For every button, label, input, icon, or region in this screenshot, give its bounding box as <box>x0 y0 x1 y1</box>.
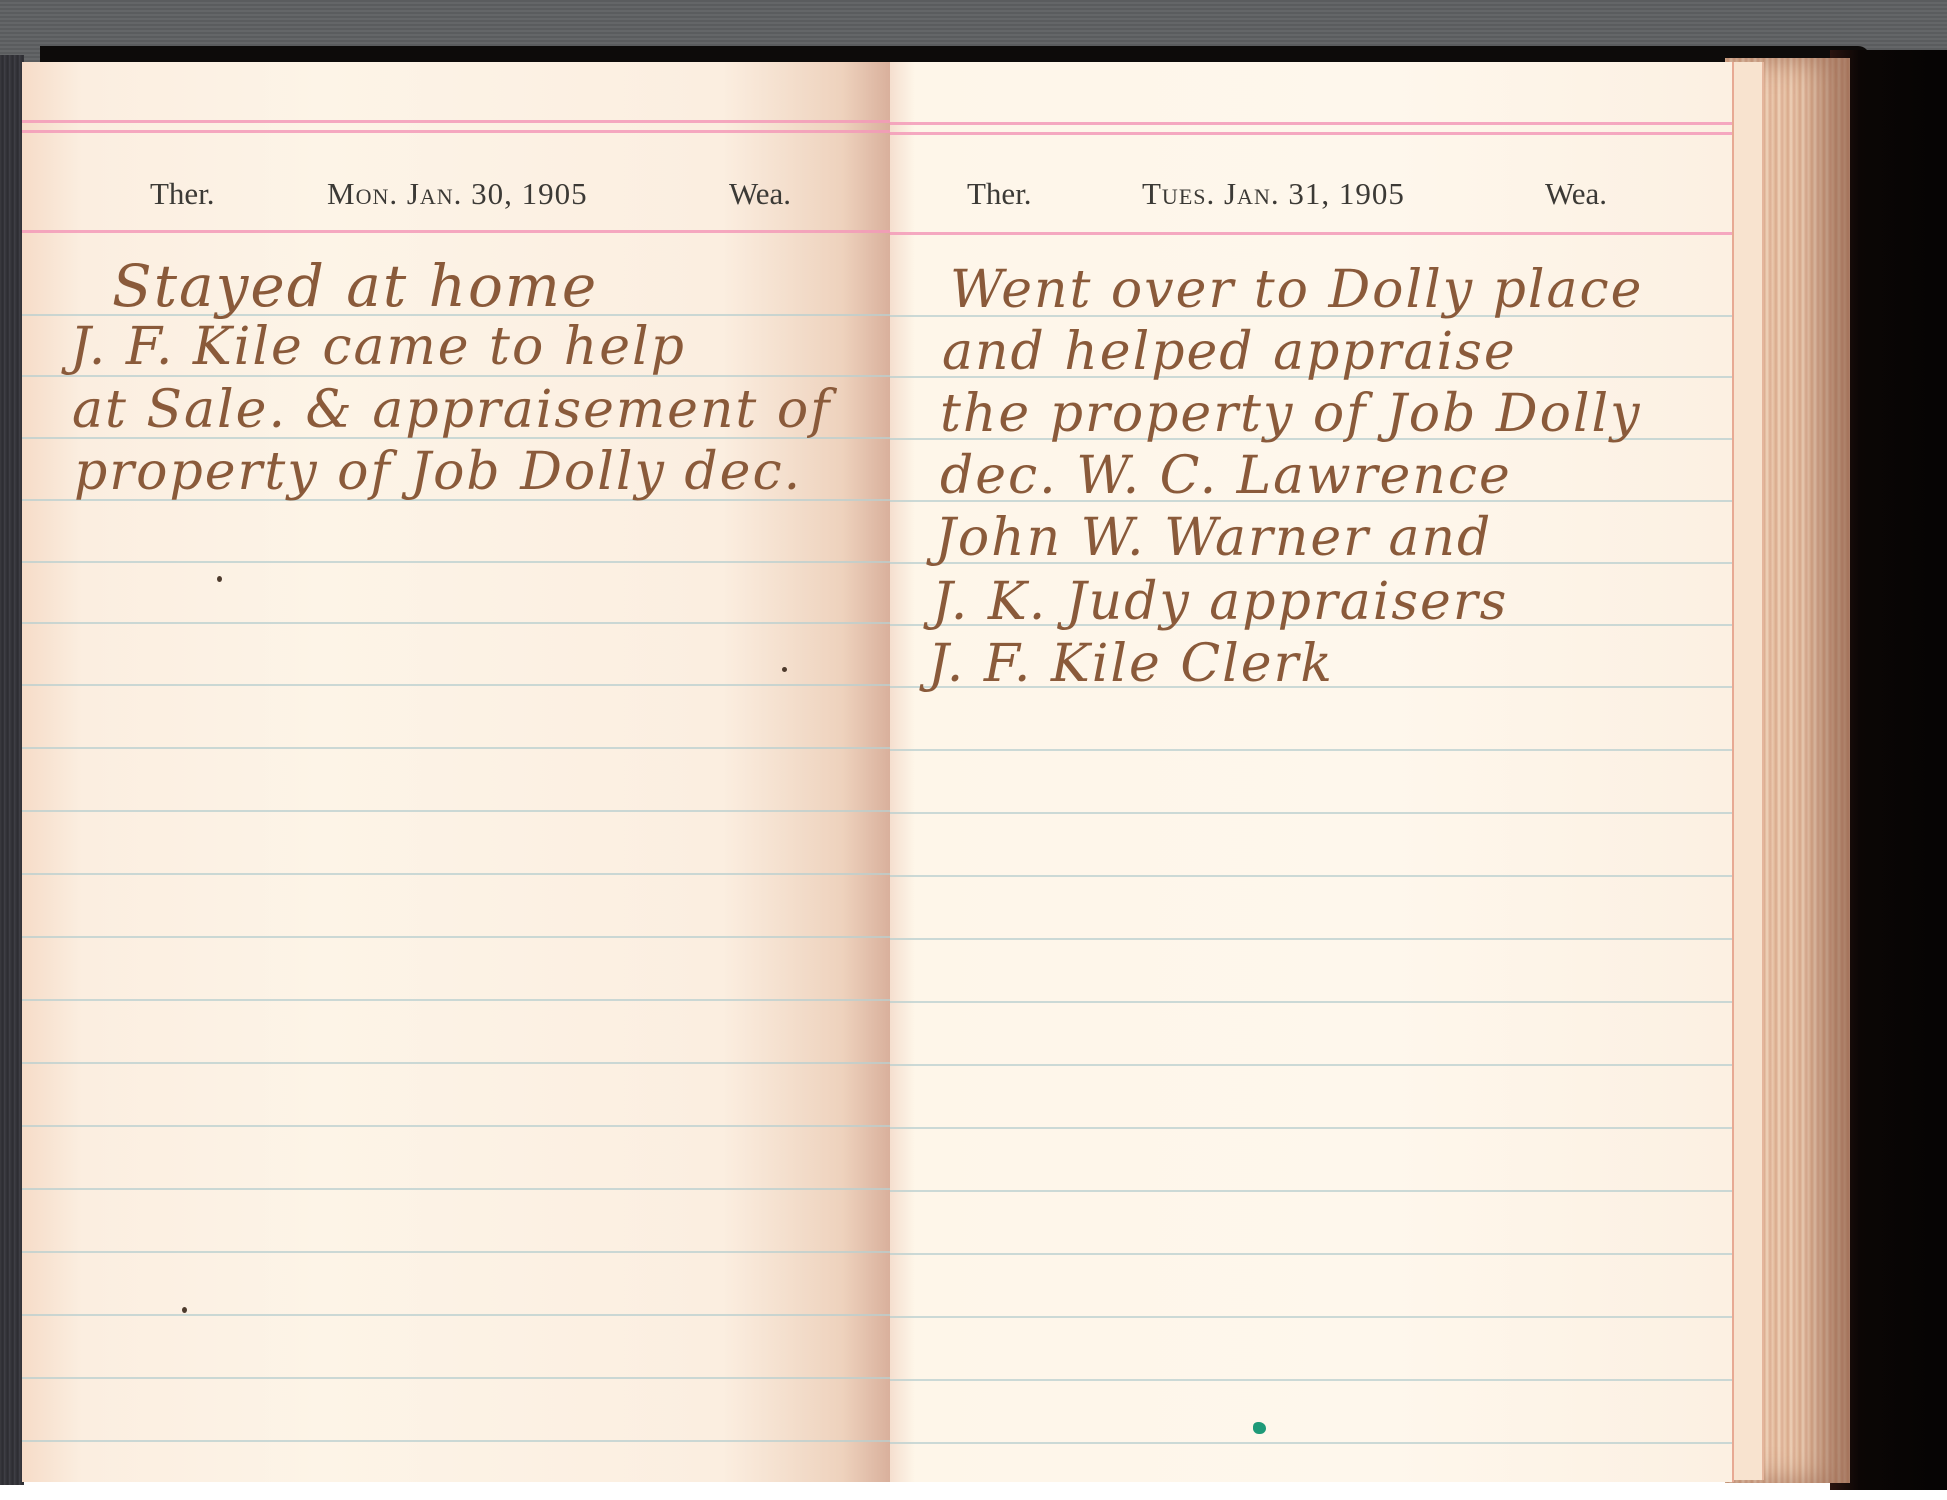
ruled-line <box>890 1190 1732 1192</box>
green-ink-spot <box>1253 1422 1266 1434</box>
ink-spot <box>182 1307 187 1313</box>
ruled-line <box>890 749 1732 751</box>
ruled-line <box>22 622 890 624</box>
pink-rule-top-2 <box>22 130 890 133</box>
entry-line: property of Job Dolly dec. <box>74 442 802 502</box>
entry-line: at Sale. & appraisement of <box>72 380 831 440</box>
ruled-line <box>890 812 1732 814</box>
ther-label: Ther. <box>967 176 1032 212</box>
entry-line: the property of Job Dolly <box>940 384 1642 444</box>
ruled-line <box>22 810 890 812</box>
ruled-line <box>890 1379 1732 1381</box>
entry-line: John W. Warner and <box>935 508 1492 568</box>
ink-spot <box>217 576 222 582</box>
ruled-line <box>22 1188 890 1190</box>
ruled-line <box>22 873 890 875</box>
ruled-line <box>22 747 890 749</box>
ruled-line <box>890 1127 1732 1129</box>
entry-line: J. F. Kile Clerk <box>928 634 1334 694</box>
ruled-line <box>22 1251 890 1253</box>
ruled-line <box>890 938 1732 940</box>
page-date: Tues. Jan. 31, 1905 <box>1142 176 1405 212</box>
pink-rule-top-2 <box>890 132 1732 135</box>
pink-rule-top-1 <box>22 120 890 123</box>
page-date: Mon. Jan. 30, 1905 <box>327 176 588 212</box>
ruled-line <box>890 875 1732 877</box>
ruled-line <box>22 561 890 563</box>
ink-spot <box>782 667 787 672</box>
pink-rule-header <box>22 230 890 233</box>
ruled-line <box>22 999 890 1001</box>
ruled-line <box>22 936 890 938</box>
entry-line: dec. W. C. Lawrence <box>940 446 1512 506</box>
entry-line: J. K. Judy appraisers <box>932 572 1508 632</box>
ther-label: Ther. <box>150 176 215 212</box>
ruled-line <box>22 1062 890 1064</box>
entry-line: Went over to Dolly place <box>950 260 1643 320</box>
ruled-line <box>890 1316 1732 1318</box>
pink-rule-header <box>890 232 1732 235</box>
ruled-line <box>22 1125 890 1127</box>
next-page-edge <box>1730 62 1764 1480</box>
ruled-line <box>22 684 890 686</box>
entry-line: Stayed at home <box>112 252 598 320</box>
entry-line: and helped appraise <box>942 322 1517 382</box>
page-header-right: Ther. Tues. Jan. 31, 1905 Wea. <box>890 162 1732 222</box>
page-header-left: Ther. Mon. Jan. 30, 1905 Wea. <box>22 162 890 222</box>
ruled-line <box>22 1440 890 1442</box>
ruled-line <box>22 1377 890 1379</box>
ruled-line <box>22 1314 890 1316</box>
ruled-line <box>890 1442 1732 1444</box>
diary-page-left: Ther. Mon. Jan. 30, 1905 Wea. Stayed at … <box>22 62 890 1482</box>
diary-page-right: Ther. Tues. Jan. 31, 1905 Wea. Went over… <box>890 62 1734 1482</box>
pink-rule-top-1 <box>890 122 1732 125</box>
ruled-line <box>890 1064 1732 1066</box>
ruled-line <box>890 1001 1732 1003</box>
wea-label: Wea. <box>729 176 791 212</box>
wea-label: Wea. <box>1545 176 1607 212</box>
entry-line: J. F. Kile came to help <box>70 317 686 377</box>
ruled-line <box>890 1253 1732 1255</box>
scanner-left-edge <box>0 55 24 1485</box>
